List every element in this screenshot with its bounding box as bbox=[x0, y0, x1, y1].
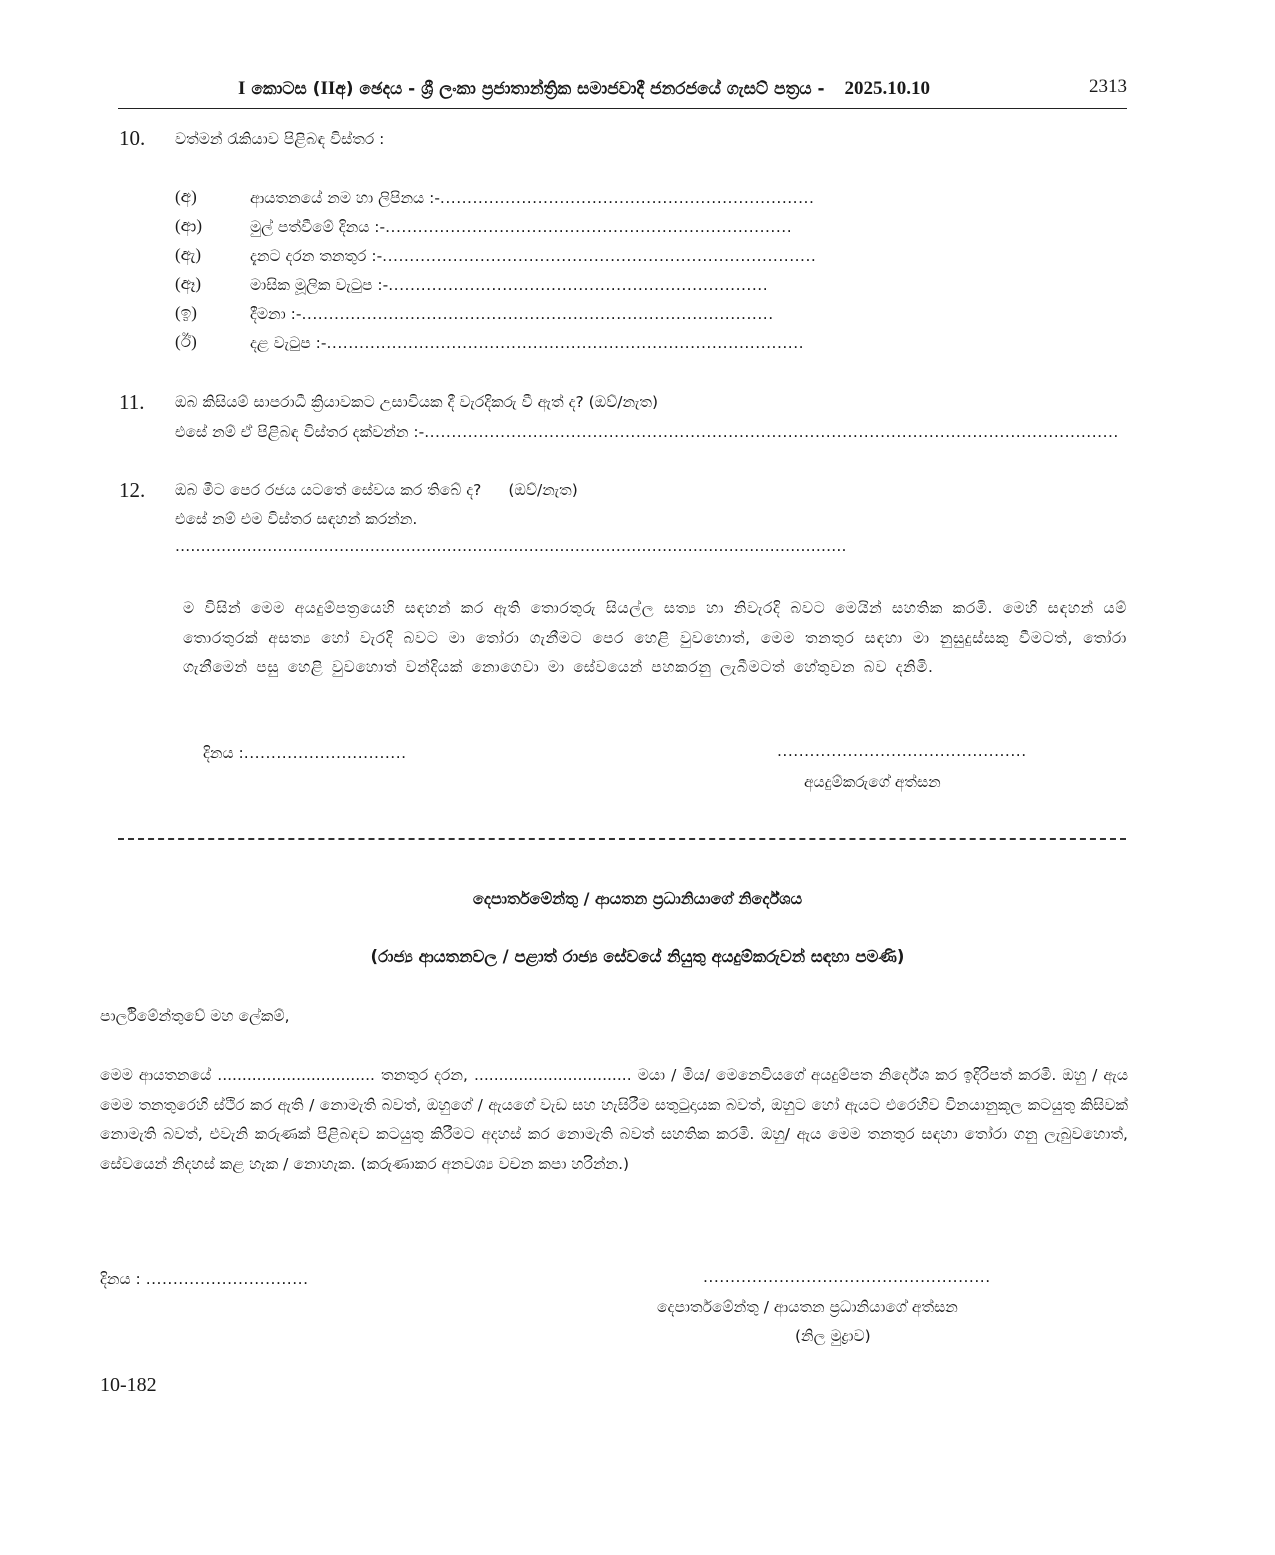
head-signature-label: දෙපාර්තමේන්තු / ආයතන ප්‍රධානියාගේ අත්සන bbox=[657, 1298, 958, 1317]
salutation: පාර්ලිමේන්තුවේ මහ ලේකම්, bbox=[100, 1007, 290, 1026]
gazette-date: 2025.10.10 bbox=[845, 78, 931, 99]
head-signature-line[interactable]: ........................................… bbox=[703, 1268, 991, 1286]
gazette-header-title: I කොටස (IIඅ) ඡෙදය - ශ්‍රී ලංකා ප්‍රජාතාන… bbox=[238, 78, 930, 100]
item-label: (ඉ) bbox=[175, 303, 197, 323]
applicant-signature-label: අයදුම්කරුගේ අත්සන bbox=[804, 773, 941, 792]
question-12-line1: ඔබ මීට පෙර රජය යටතේ සේවය කර තිබේ ද? (ඔව්… bbox=[175, 481, 578, 500]
fill-in-dots[interactable]: ........................................… bbox=[301, 305, 773, 323]
date-label: දිනය : bbox=[100, 1270, 141, 1288]
item-text: දැනට දරන තනතුර :- bbox=[250, 247, 382, 265]
question-11-line1: ඔබ කිසියම් සාපරාධී ක්‍රියාවකට උසාවියක දී… bbox=[175, 393, 658, 412]
q12-fill-in-dots[interactable]: ........................................… bbox=[175, 537, 847, 555]
item-text: දීමනා :- bbox=[250, 305, 301, 323]
part-prefix: I bbox=[238, 78, 245, 99]
official-seal-label: (නිල මුද්‍රාව) bbox=[795, 1327, 871, 1346]
question-12-prompt: ඔබ මීට පෙර රජය යටතේ සේවය කර තිබේ ද? bbox=[175, 481, 481, 499]
header-rule bbox=[118, 108, 1127, 109]
header-title-roman: II bbox=[320, 78, 335, 99]
question-10-title: වත්මන් රැකියාව පිළිබඳ විස්තර : bbox=[175, 130, 384, 149]
date-dots[interactable]: .............................. bbox=[244, 744, 407, 762]
question-12-number: 12. bbox=[119, 478, 145, 503]
q11-fill-in-dots[interactable]: ........................................… bbox=[424, 423, 1119, 441]
question-12-options: (ඔව්/නැත) bbox=[508, 481, 577, 499]
item-text: මුල් පත්වීමේ දිනය :- bbox=[250, 218, 385, 236]
fill-in-dots[interactable]: ........................................… bbox=[388, 276, 768, 294]
item-text: ආයතනයේ නම හා ලිපිනය :- bbox=[250, 189, 440, 207]
applicant-date-field[interactable]: දිනය :.............................. bbox=[203, 744, 407, 763]
fill-in-dots[interactable]: ........................................… bbox=[382, 247, 816, 265]
recommendation-heading: දෙපාර්තමේන්තු / ආයතන ප්‍රධානියාගේ නිර්දේ… bbox=[0, 889, 1275, 909]
applicant-signature-line[interactable]: ........................................… bbox=[777, 742, 1027, 760]
question-11-number: 11. bbox=[119, 390, 144, 415]
declaration-paragraph: ම විසින් මෙම අයදුම්පත්‍රයෙහි සඳහන් කර ඇත… bbox=[183, 594, 1127, 683]
header-title-part2: අ) ඡෙදය - ශ්‍රී ලංකා ප්‍රජාතාන්ත්‍රික සම… bbox=[335, 79, 824, 99]
fill-in-dots[interactable]: ........................................… bbox=[327, 334, 805, 352]
cut-line-separator bbox=[118, 838, 1126, 840]
fill-in-dots[interactable]: ........................................… bbox=[440, 189, 814, 207]
question-12-line2: එසේ නම් එම විස්තර සඳහන් කරන්න. bbox=[175, 510, 417, 529]
item-label: (ඈ) bbox=[175, 274, 201, 294]
header-title-part1: කොටස ( bbox=[251, 79, 320, 99]
recommendation-subheading: (රාජ්‍ය ආයතනවල / පළාත් රාජ්‍ය සේවයේ නියු… bbox=[0, 947, 1275, 967]
item-label: (අ) bbox=[175, 187, 197, 207]
item-text: දළ වැටුප :- bbox=[250, 334, 327, 352]
recommendation-body: මෙම ආයතනයේ .............................… bbox=[100, 1061, 1128, 1179]
question-11-prompt: එසේ නම් ඒ පිළිබඳ විස්තර දක්වන්න :- bbox=[175, 423, 424, 441]
item-text: මාසික මූලික වැටුප :- bbox=[250, 276, 388, 294]
item-label: (ආ) bbox=[175, 216, 202, 236]
question-11-line2: එසේ නම් ඒ පිළිබඳ විස්තර දක්වන්න :-......… bbox=[175, 423, 1119, 442]
fill-in-dots[interactable]: ........................................… bbox=[385, 218, 792, 236]
date-label: දිනය : bbox=[203, 744, 244, 762]
footer-code: 10-182 bbox=[100, 1374, 157, 1397]
question-10-number: 10. bbox=[119, 126, 145, 151]
page-number: 2313 bbox=[1089, 76, 1127, 98]
item-label: (ඇ) bbox=[175, 245, 201, 265]
head-date-field[interactable]: දිනය : .............................. bbox=[100, 1270, 309, 1289]
date-dots[interactable]: .............................. bbox=[146, 1270, 309, 1288]
item-label: (ඊ) bbox=[175, 332, 197, 352]
